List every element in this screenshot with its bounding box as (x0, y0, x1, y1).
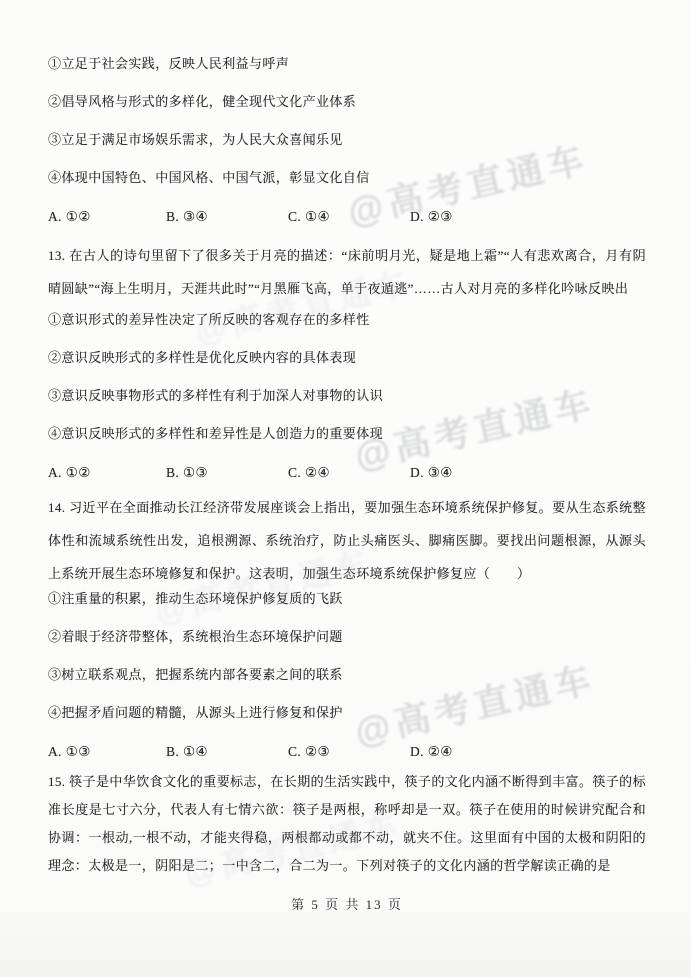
option-list: ①意识形式的差异性决定了所反映的客观存在的多样性 ②意识反映形式的多样性是优化反… (48, 313, 646, 441)
question-block-13: 13. 在古人的诗句里留下了很多关于月亮的描述：“床前明月光，疑是地上霜”“人有… (48, 239, 646, 481)
answer-choice-c: C. ①④ (288, 209, 410, 225)
question-block-14: 14. 习近平在全面推动长江经济带发展座谈会上指出，要加强生态环境系统保护修复。… (48, 491, 646, 760)
exam-page: @高考直通车 @高考直通车 @高考直通车 @高考直通车 @高考直通车 @高考直通… (0, 0, 691, 977)
option-line-1: ①注重量的积累，推动生态环境保护修复质的飞跃 (48, 592, 646, 606)
answer-choice-a: A. ①② (48, 209, 166, 225)
answer-choice-a: A. ①③ (48, 744, 166, 760)
page-footer: 第 5 页 共 13 页 (48, 894, 646, 913)
answer-choice-d: D. ②③ (410, 209, 453, 225)
answer-choice-b: B. ③④ (166, 209, 288, 225)
answer-choice-d: D. ②④ (410, 744, 453, 760)
option-line-2: ②着眼于经济带整体，系统根治生态环境保护问题 (48, 630, 646, 644)
option-line-3: ③树立联系观点，把握系统内部各要素之间的联系 (48, 668, 646, 682)
answer-choice-b: B. ①③ (166, 465, 288, 481)
option-line-1: ①意识形式的差异性决定了所反映的客观存在的多样性 (48, 313, 646, 327)
option-list: ①注重量的积累，推动生态环境保护修复质的飞跃 ②着眼于经济带整体，系统根治生态环… (48, 592, 646, 720)
answer-choice-d: D. ③④ (410, 465, 453, 481)
question-stem-14: 14. 习近平在全面推动长江经济带发展座谈会上指出，要加强生态环境系统保护修复。… (48, 491, 646, 590)
option-line-3: ③立足于满足市场娱乐需求，为人民大众喜闻乐见 (48, 133, 646, 147)
option-line-3: ③意识反映事物形式的多样性有利于加深人对事物的认识 (48, 389, 646, 403)
answer-row: A. ①③ B. ①④ C. ②③ D. ②④ (48, 744, 646, 760)
answer-row: A. ①② B. ③④ C. ①④ D. ②③ (48, 209, 646, 225)
option-line-4: ④把握矛盾问题的精髓，从源头上进行修复和保护 (48, 706, 646, 720)
question-stem-15: 15. 筷子是中华饮食文化的重要标志，在长期的生活实践中，筷子的文化内涵不断得到… (48, 768, 646, 880)
question-block-15: 15. 筷子是中华饮食文化的重要标志，在长期的生活实践中，筷子的文化内涵不断得到… (48, 768, 646, 880)
answer-choice-b: B. ①④ (166, 744, 288, 760)
question-block-12-options: ①立足于社会实践，反映人民利益与呼声 ②倡导风格与形式的多样化，健全现代文化产业… (48, 57, 646, 225)
answer-choice-a: A. ①② (48, 465, 166, 481)
option-line-4: ④体现中国特色、中国风格、中国气派，彰显文化自信 (48, 171, 646, 185)
question-stem-13: 13. 在古人的诗句里留下了很多关于月亮的描述：“床前明月光，疑是地上霜”“人有… (48, 239, 646, 305)
answer-choice-c: C. ②④ (288, 465, 410, 481)
option-line-1: ①立足于社会实践，反映人民利益与呼声 (48, 57, 646, 71)
option-line-2: ②倡导风格与形式的多样化，健全现代文化产业体系 (48, 95, 646, 109)
answer-row: A. ①② B. ①③ C. ②④ D. ③④ (48, 465, 646, 481)
option-line-2: ②意识反映形式的多样性是优化反映内容的具体表现 (48, 351, 646, 365)
answer-choice-c: C. ②③ (288, 744, 410, 760)
option-line-4: ④意识反映形式的多样性和差异性是人创造力的重要体现 (48, 427, 646, 441)
